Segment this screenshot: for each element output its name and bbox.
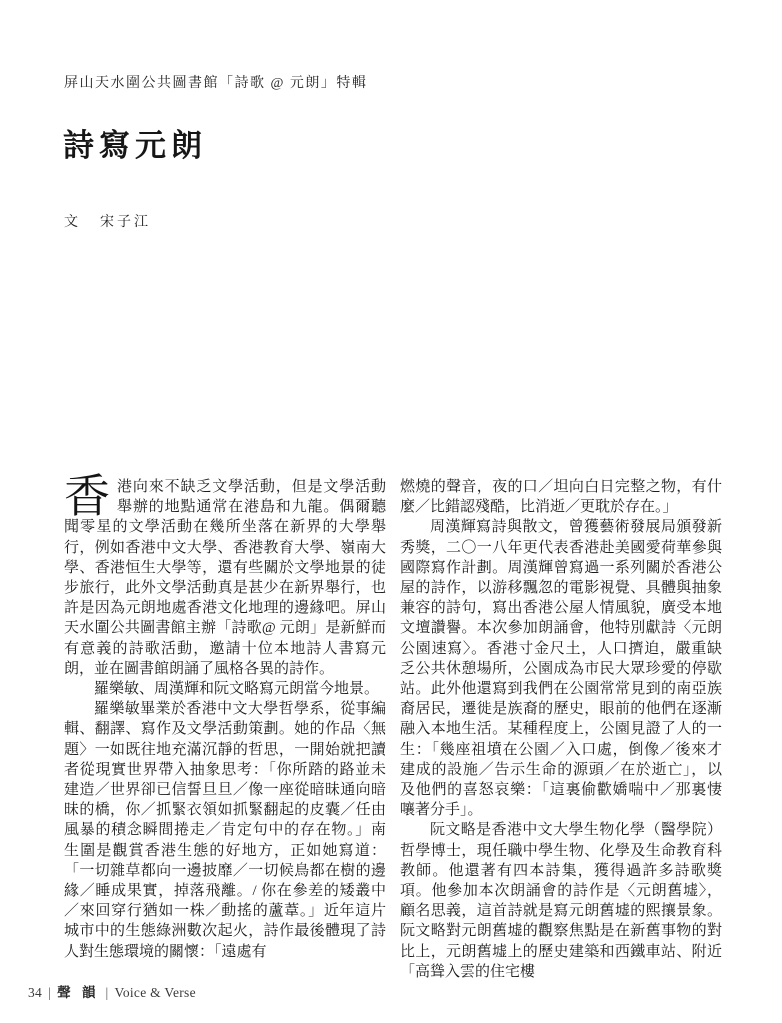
paragraph: 周漢輝寫詩與散文，曾獲藝術發展局頒發新秀獎，二〇一八年更代表香港赴美國愛荷華參與… <box>400 517 722 820</box>
paragraph: 阮文略是香港中文大學生物化學（醫學院）哲學博士，現任職中學生物、化學及生命教育科… <box>400 820 722 982</box>
page-footer: 34|聲 韻|Voice & Verse <box>28 981 196 1001</box>
left-column: 香港向來不缺乏文學活動，但是文學活動舉辦的地點通常在港島和九龍。偶爾聽聞零星的文… <box>64 477 386 982</box>
byline: 文宋子江 <box>64 211 151 231</box>
page-title: 詩寫元朗 <box>63 128 207 164</box>
paragraph-continuation: 燃燒的聲音，夜的口／坦向白日完整之物，有什麼／比錯認殘酷，比消逝／更耽於存在。」 <box>400 477 722 517</box>
paragraph: 羅樂敏畢業於香港中文大學哲學系，從事編輯、翻譯、寫作及文學活動策劃。她的作品〈無… <box>64 699 386 962</box>
series-header: 屏山天水圍公共圖書館「詩歌 @ 元朗」特輯 <box>64 72 367 92</box>
footer-separator: | <box>48 985 51 1000</box>
byline-author: 宋子江 <box>100 215 151 230</box>
footer-separator: | <box>106 985 109 1000</box>
article-body: 香港向來不缺乏文學活動，但是文學活動舉辦的地點通常在港島和九龍。偶爾聽聞零星的文… <box>64 477 722 982</box>
dropcap: 香 <box>64 477 117 516</box>
right-column: 燃燒的聲音，夜的口／坦向白日完整之物，有什麼／比錯認殘酷，比消逝／更耽於存在。」… <box>400 477 722 982</box>
paragraph-opening: 香港向來不缺乏文學活動，但是文學活動舉辦的地點通常在港島和九龍。偶爾聽聞零星的文… <box>64 477 386 679</box>
byline-label: 文 <box>64 215 78 230</box>
magazine-page: 屏山天水圍公共圖書館「詩歌 @ 元朗」特輯 詩寫元朗 文宋子江 香港向來不缺乏文… <box>0 0 782 1023</box>
paragraph: 羅樂敏、周漢輝和阮文略寫元朗當今地景。 <box>64 679 386 699</box>
page-number: 34 <box>28 985 42 1000</box>
magazine-name-english: Voice & Verse <box>115 985 196 1000</box>
magazine-name-chinese: 聲 韻 <box>57 985 99 1000</box>
